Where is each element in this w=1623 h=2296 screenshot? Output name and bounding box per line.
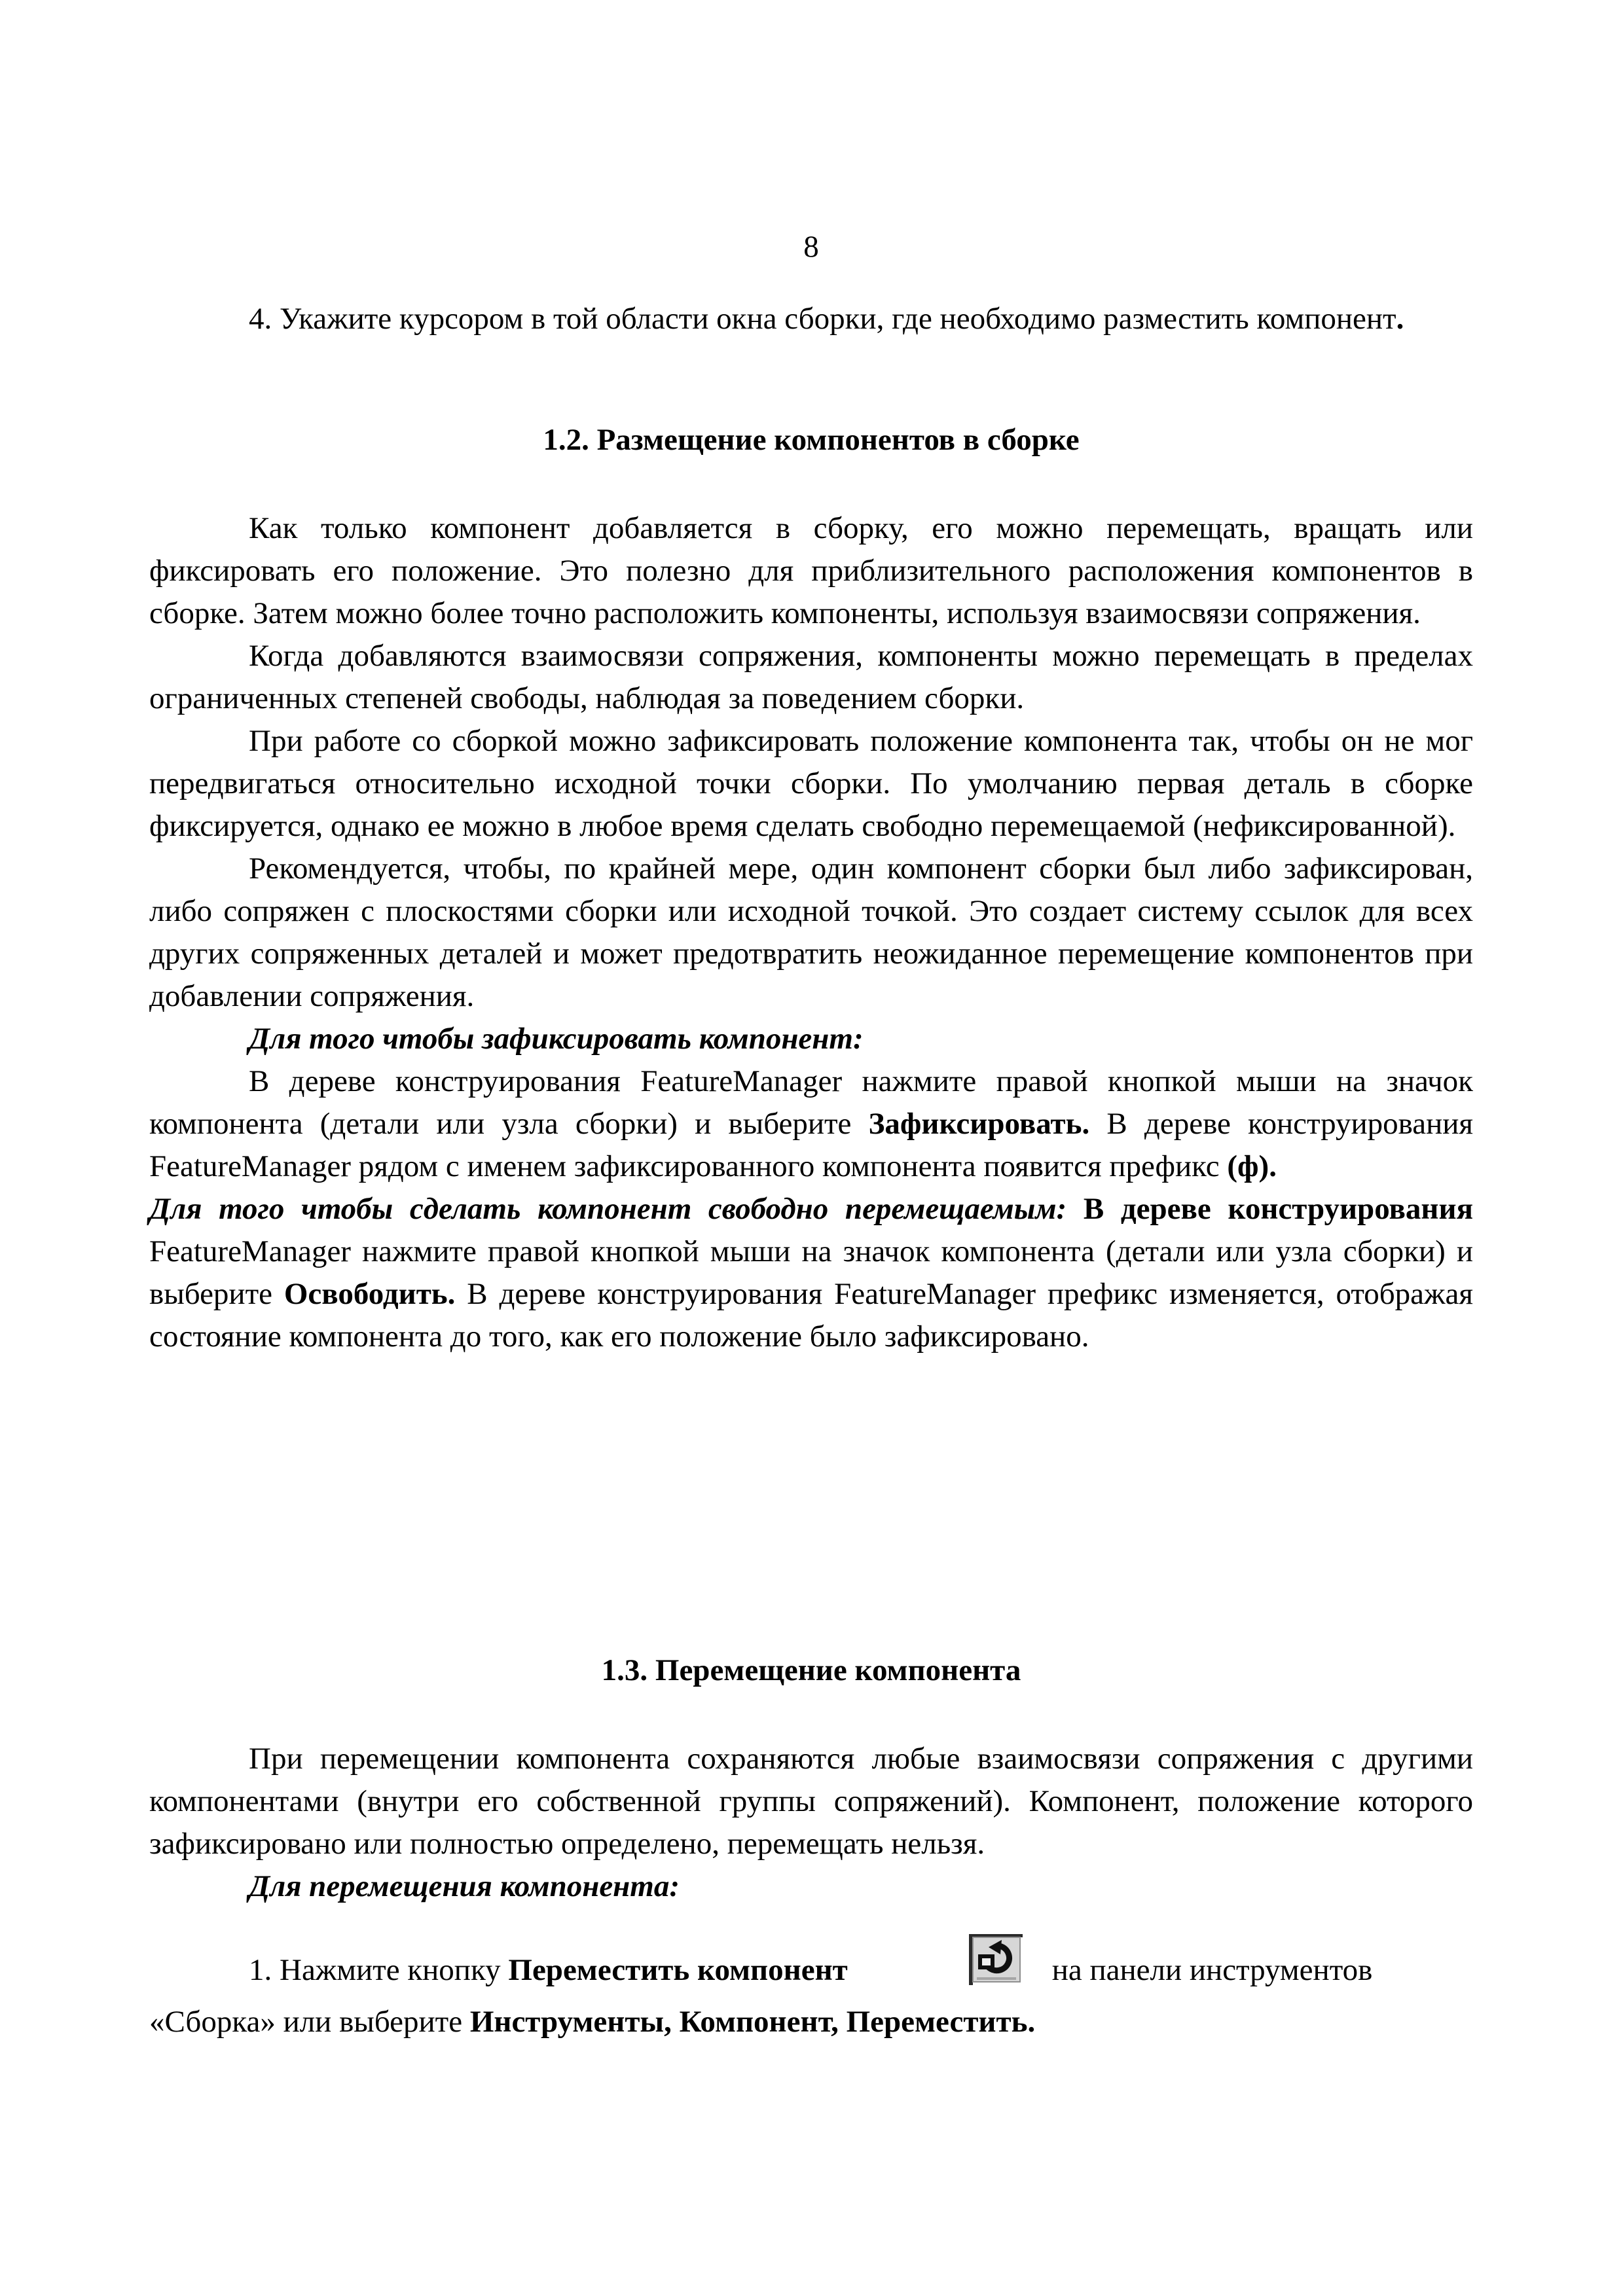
section-1-3-body: При перемещении компонента сохраняются л… — [149, 1738, 1473, 1908]
paragraph-moving-1: При перемещении компонента сохраняются л… — [149, 1738, 1473, 1865]
step-1-line-1: 1. Нажмите кнопку Переместить компонент … — [149, 1934, 1473, 1992]
fix-run-4: (ф). — [1227, 1149, 1277, 1183]
fix-instructions: В дереве конструирования FeatureManager … — [149, 1060, 1473, 1188]
move-intro: Для перемещения компонента: — [149, 1865, 1473, 1908]
list-item-4-text: 4. Укажите курсором в той области окна с… — [249, 302, 1396, 336]
free-run-2: В дереве конструирования — [1067, 1192, 1473, 1226]
free-run-4: Освободить. — [284, 1277, 456, 1311]
section-heading-1-3: 1.3. Перемещение компонента — [149, 1649, 1473, 1692]
move-component-icon — [969, 1934, 1023, 1985]
fix-run-2: Зафиксировать. — [869, 1107, 1090, 1141]
step-1-run-1: 1. Нажмите кнопку — [249, 1953, 508, 1987]
step-1-run-3: на панели инструментов — [1052, 1953, 1373, 1987]
free-instructions: Для того чтобы сделать компонент свободн… — [149, 1188, 1473, 1358]
paragraph-placement-2: Когда добавляются взаимосвязи сопряжения… — [149, 635, 1473, 720]
fix-intro-text: Для того чтобы зафиксировать компонент: — [249, 1022, 864, 1056]
list-item-4: 4. Укажите курсором в той области окна с… — [149, 298, 1473, 340]
move-intro-text: Для перемещения компонента: — [249, 1869, 680, 1903]
section-heading-1-2: 1.2. Размещение компонентов в сборке — [149, 419, 1473, 461]
page-number: 8 — [149, 226, 1473, 268]
paragraph-placement-4: Рекомендуется, чтобы, по крайней мере, о… — [149, 848, 1473, 1018]
step-1-line-2: «Сборка» или выберите Инструменты, Компо… — [149, 2001, 1473, 2043]
step-1-run-5: Инструменты, Компонент, Переместить. — [470, 2005, 1035, 2039]
list-item-4-period: . — [1396, 302, 1404, 336]
step-1-run-4: «Сборка» или выберите — [149, 2005, 470, 2039]
step-1-run-2: Переместить компонент — [508, 1953, 847, 1987]
free-run-1: Для того чтобы сделать компонент свободн… — [149, 1192, 1067, 1226]
section-1-2-body: Как только компонент добавляется в сборк… — [149, 507, 1473, 1358]
step-1: 1. Нажмите кнопку Переместить компонент … — [149, 1934, 1473, 2043]
paragraph-placement-1: Как только компонент добавляется в сборк… — [149, 507, 1473, 635]
document-page: 8 4. Укажите курсором в той области окна… — [0, 0, 1623, 2296]
paragraph-placement-3: При работе со сборкой можно зафиксироват… — [149, 720, 1473, 848]
fix-intro: Для того чтобы зафиксировать компонент: — [149, 1018, 1473, 1060]
